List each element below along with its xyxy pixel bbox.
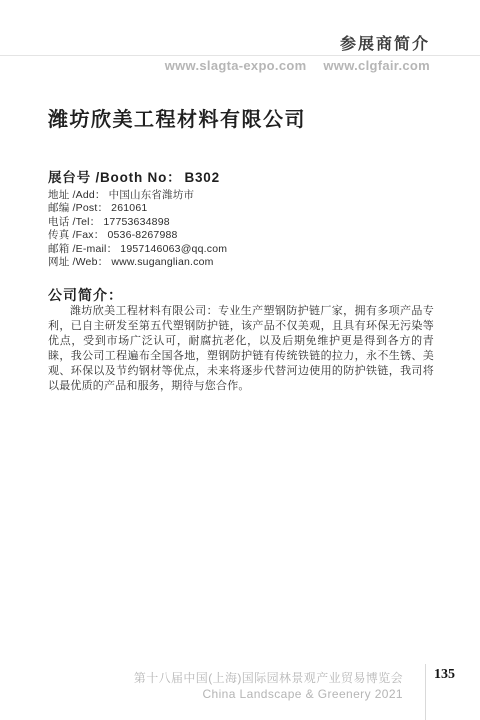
header-urls: www.slagta-expo.com www.clgfair.com	[165, 58, 430, 73]
booth-line: 展台号 /Booth No：B302	[48, 166, 220, 186]
tel-label: 电话 /Tel：	[48, 216, 100, 228]
contact-row-address: 地址 /Add：中国山东省潍坊市	[48, 189, 227, 202]
footer-event-title-cn: 第十八届中国(上海)国际园林景观产业贸易博览会	[134, 671, 403, 687]
contact-row-post: 邮编 /Post：261061	[48, 202, 227, 215]
contact-list: 地址 /Add：中国山东省潍坊市 邮编 /Post：261061 电话 /Tel…	[48, 189, 227, 269]
fax-label: 传真 /Fax：	[48, 229, 104, 241]
company-name: 潍坊欣美工程材料有限公司	[48, 103, 306, 132]
booth-number: B302	[184, 170, 219, 185]
section-title: 参展商简介	[340, 31, 430, 54]
contact-row-email: 邮箱 /E-mail：1957146063@qq.com	[48, 243, 227, 256]
url-clgfair: www.clgfair.com	[323, 58, 430, 73]
header-divider	[0, 55, 480, 56]
tel-value: 17753634898	[103, 216, 169, 228]
post-value: 261061	[111, 202, 147, 214]
post-label: 邮编 /Post：	[48, 202, 108, 214]
address-label: 地址 /Add：	[48, 189, 106, 201]
footer-divider	[425, 664, 426, 720]
contact-row-fax: 传真 /Fax：0536-8267988	[48, 229, 227, 242]
email-label: 邮箱 /E-mail：	[48, 243, 117, 255]
catalog-page: 参展商简介 www.slagta-expo.com www.clgfair.co…	[0, 0, 480, 720]
web-value: www.suganglian.com	[111, 256, 213, 268]
profile-heading: 公司简介：	[48, 285, 123, 305]
footer-event-title-en: China Landscape & Greenery 2021	[134, 687, 403, 703]
footer-event-titles: 第十八届中国(上海)国际园林景观产业贸易博览会 China Landscape …	[134, 671, 403, 702]
profile-text: 潍坊欣美工程材料有限公司：专业生产塑钢防护链厂家，拥有多项产品专利，已自主研发至…	[48, 304, 434, 394]
page-number: 135	[434, 667, 455, 683]
contact-row-tel: 电话 /Tel：17753634898	[48, 216, 227, 229]
address-value: 中国山东省潍坊市	[109, 189, 195, 201]
web-label: 网址 /Web：	[48, 256, 108, 268]
fax-value: 0536-8267988	[107, 229, 177, 241]
booth-label: 展台号 /Booth No：	[48, 170, 181, 185]
url-slagta-expo: www.slagta-expo.com	[165, 58, 307, 73]
contact-row-web: 网址 /Web：www.suganglian.com	[48, 256, 227, 269]
email-value: 1957146063@qq.com	[120, 243, 227, 255]
